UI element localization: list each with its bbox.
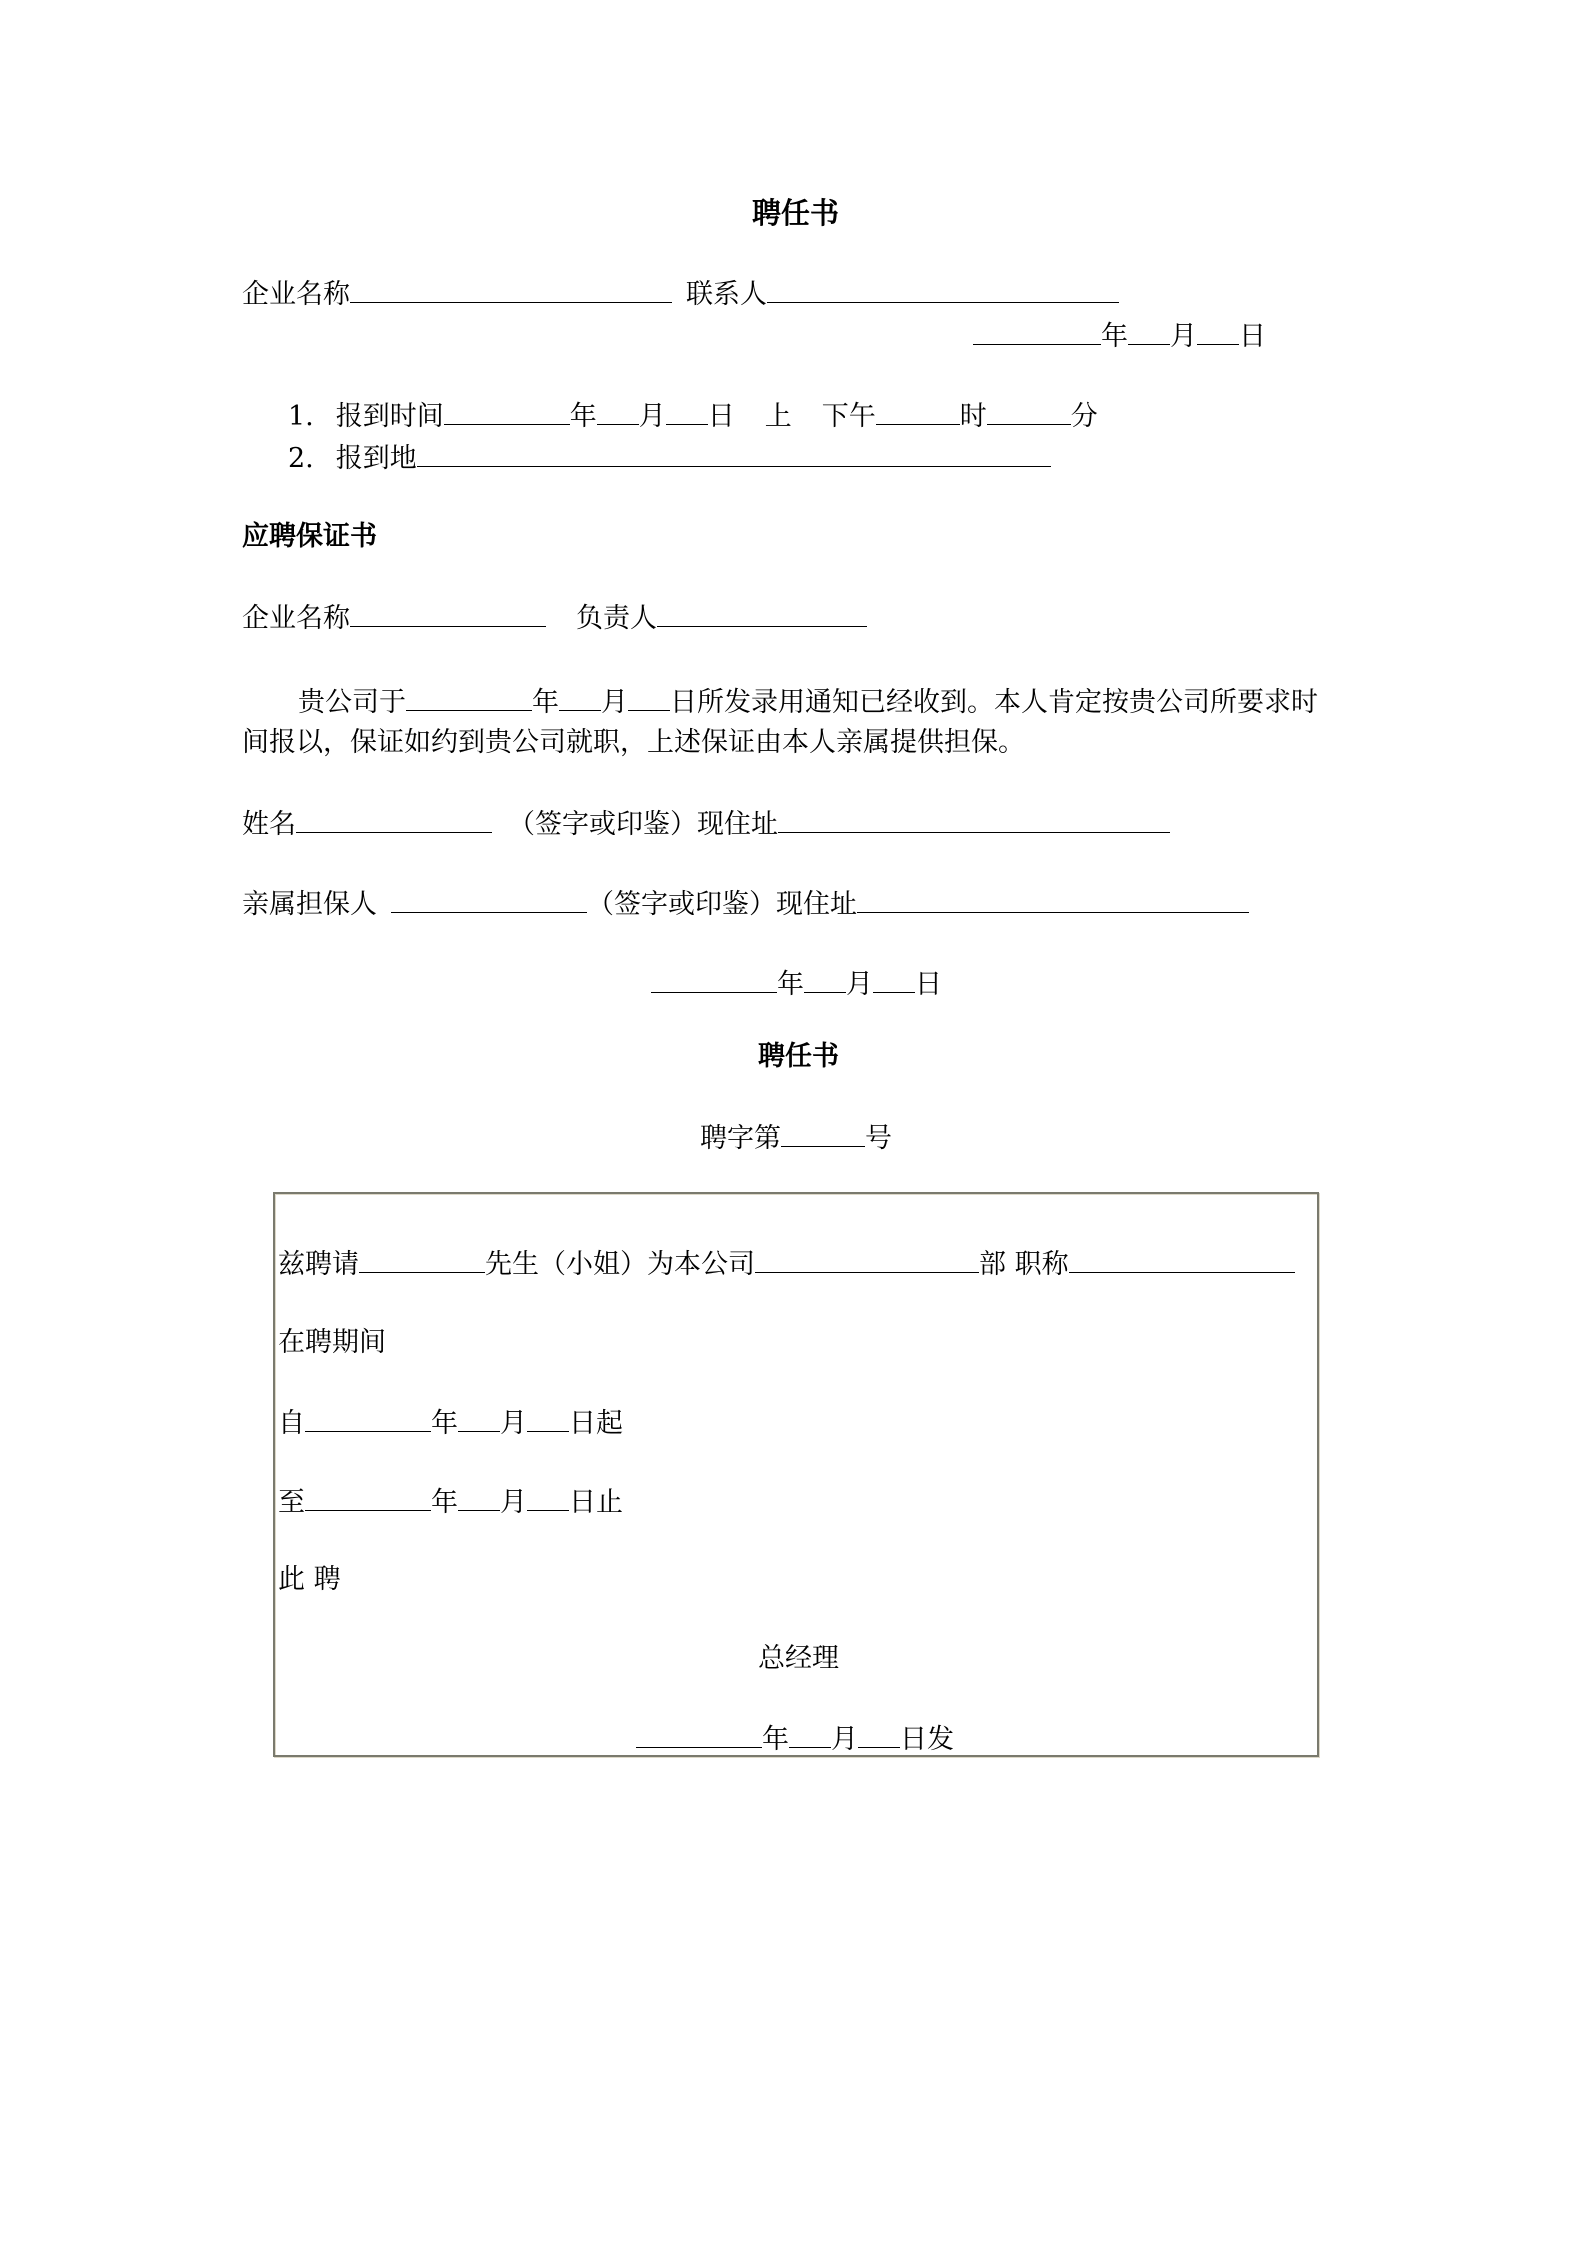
year-label: 年	[532, 687, 559, 718]
appointment-title: 聘任书	[758, 1040, 839, 1074]
from-day-field[interactable]	[527, 1405, 569, 1432]
notice-year-field[interactable]	[406, 684, 532, 711]
header-day-field[interactable]	[1197, 318, 1239, 345]
report-place-row: 2.报到地	[288, 440, 1051, 476]
year-label: 年	[777, 969, 804, 1000]
contact-label: 联系人	[686, 279, 767, 310]
relative-label: 亲属担保人	[242, 889, 377, 920]
month-label: 月	[1170, 321, 1197, 352]
number-prefix: 聘字第	[700, 1123, 781, 1154]
job-title-field[interactable]	[1069, 1246, 1295, 1273]
appointment-number-field[interactable]	[781, 1120, 865, 1147]
minute-label: 分	[1071, 401, 1098, 432]
notice-day-field[interactable]	[628, 684, 670, 711]
month-label: 月	[639, 401, 666, 432]
report-minute-field[interactable]	[987, 398, 1071, 425]
day-label: 日	[915, 969, 942, 1000]
relative-name-field[interactable]	[391, 886, 587, 913]
box-text: 先生（小姐）为本公司	[485, 1249, 755, 1280]
day-label: 日止	[569, 1487, 623, 1518]
guarantee-paragraph-line1: 贵公司于年月日所发录用通知已经收到。本人肯定按贵公司所要求时	[298, 684, 1318, 720]
report-time-label: 报到时间	[336, 401, 444, 432]
year-label: 年	[762, 1724, 789, 1755]
issue-day-field[interactable]	[858, 1721, 900, 1748]
responsible-field[interactable]	[657, 600, 867, 627]
closing-text: 此 聘	[278, 1563, 341, 1597]
to-month-field[interactable]	[458, 1484, 500, 1511]
header-year-field[interactable]	[973, 318, 1101, 345]
guarantee-title: 应聘保证书	[242, 520, 377, 554]
contact-field[interactable]	[767, 276, 1119, 303]
am-label: 上	[765, 401, 792, 432]
notice-month-field[interactable]	[559, 684, 601, 711]
guarantee-month-field[interactable]	[804, 966, 846, 993]
header-month-field[interactable]	[1128, 318, 1170, 345]
report-year-field[interactable]	[444, 398, 570, 425]
year-label: 年	[431, 1487, 458, 1518]
company-label: 企业名称	[242, 279, 350, 310]
item-number: 1.	[288, 401, 314, 432]
guarantee-paragraph-line2: 间报以，保证如约到贵公司就职，上述保证由本人亲属提供担保。	[242, 726, 1025, 760]
period-from-row: 自年月日起	[278, 1405, 623, 1441]
report-hour-field[interactable]	[876, 398, 960, 425]
day-label: 日	[1239, 321, 1266, 352]
para-text: 贵公司于	[298, 687, 406, 718]
month-label: 月	[500, 1408, 527, 1439]
issue-month-field[interactable]	[789, 1721, 831, 1748]
box-text: 至	[278, 1487, 305, 1518]
appointee-name-field[interactable]	[359, 1246, 485, 1273]
hour-label: 时	[960, 401, 987, 432]
day-label: 日发	[900, 1724, 954, 1755]
year-label: 年	[431, 1408, 458, 1439]
header-company-row: 企业名称联系人	[242, 276, 1119, 312]
box-text: 部 职称	[979, 1249, 1069, 1280]
name-label: 姓名	[242, 809, 296, 840]
from-year-field[interactable]	[305, 1405, 431, 1432]
sign-address-label: （签字或印鉴）现住址	[508, 809, 778, 840]
document-title: 聘任书	[752, 196, 839, 230]
guarantee-company-row: 企业名称负责人	[242, 600, 867, 636]
document-page: 聘任书 企业名称联系人 年月日 1.报到时间年月日上下午时分 2.报到地 应聘保…	[0, 0, 1587, 2245]
guarantee-date-row: 年月日	[651, 966, 942, 1002]
pm-label: 下午	[822, 401, 876, 432]
signature-name-row: 姓名（签字或印鉴）现住址	[242, 806, 1170, 842]
appointment-line1: 兹聘请先生（小姐）为本公司部 职称	[278, 1246, 1295, 1282]
month-label: 月	[831, 1724, 858, 1755]
report-place-field[interactable]	[417, 440, 1051, 467]
item-number: 2.	[288, 443, 314, 474]
from-month-field[interactable]	[458, 1405, 500, 1432]
company-label: 企业名称	[242, 603, 350, 634]
appointment-number-row: 聘字第号	[700, 1120, 892, 1156]
box-text: 兹聘请	[278, 1249, 359, 1280]
responsible-label: 负责人	[576, 603, 657, 634]
year-label: 年	[570, 401, 597, 432]
to-day-field[interactable]	[527, 1484, 569, 1511]
month-label: 月	[846, 969, 873, 1000]
guarantee-year-field[interactable]	[651, 966, 777, 993]
para-text: 日所发录用通知已经收到。本人肯定按贵公司所要求时	[670, 687, 1318, 718]
company-name-field[interactable]	[350, 276, 672, 303]
relative-guarantor-row: 亲属担保人（签字或印鉴）现住址	[242, 886, 1249, 922]
relative-address-field[interactable]	[857, 886, 1249, 913]
guarantee-day-field[interactable]	[873, 966, 915, 993]
year-label: 年	[1101, 321, 1128, 352]
report-time-row: 1.报到时间年月日上下午时分	[288, 398, 1098, 434]
signer-label: 总经理	[758, 1642, 839, 1676]
address-field[interactable]	[778, 806, 1170, 833]
day-label: 日	[708, 401, 735, 432]
header-date-row: 年月日	[973, 318, 1266, 354]
report-place-label: 报到地	[336, 443, 417, 474]
guarantee-company-field[interactable]	[350, 600, 546, 627]
month-label: 月	[601, 687, 628, 718]
name-field[interactable]	[296, 806, 492, 833]
box-text: 自	[278, 1408, 305, 1439]
month-label: 月	[500, 1487, 527, 1518]
to-year-field[interactable]	[305, 1484, 431, 1511]
number-suffix: 号	[865, 1123, 892, 1154]
issue-year-field[interactable]	[636, 1721, 762, 1748]
sign-address-label: （签字或印鉴）现住址	[587, 889, 857, 920]
department-field[interactable]	[755, 1246, 979, 1273]
issue-date-row: 年月日发	[636, 1721, 954, 1757]
period-to-row: 至年月日止	[278, 1484, 623, 1520]
day-label: 日起	[569, 1408, 623, 1439]
report-day-field[interactable]	[666, 398, 708, 425]
report-month-field[interactable]	[597, 398, 639, 425]
period-label: 在聘期间	[278, 1326, 386, 1360]
